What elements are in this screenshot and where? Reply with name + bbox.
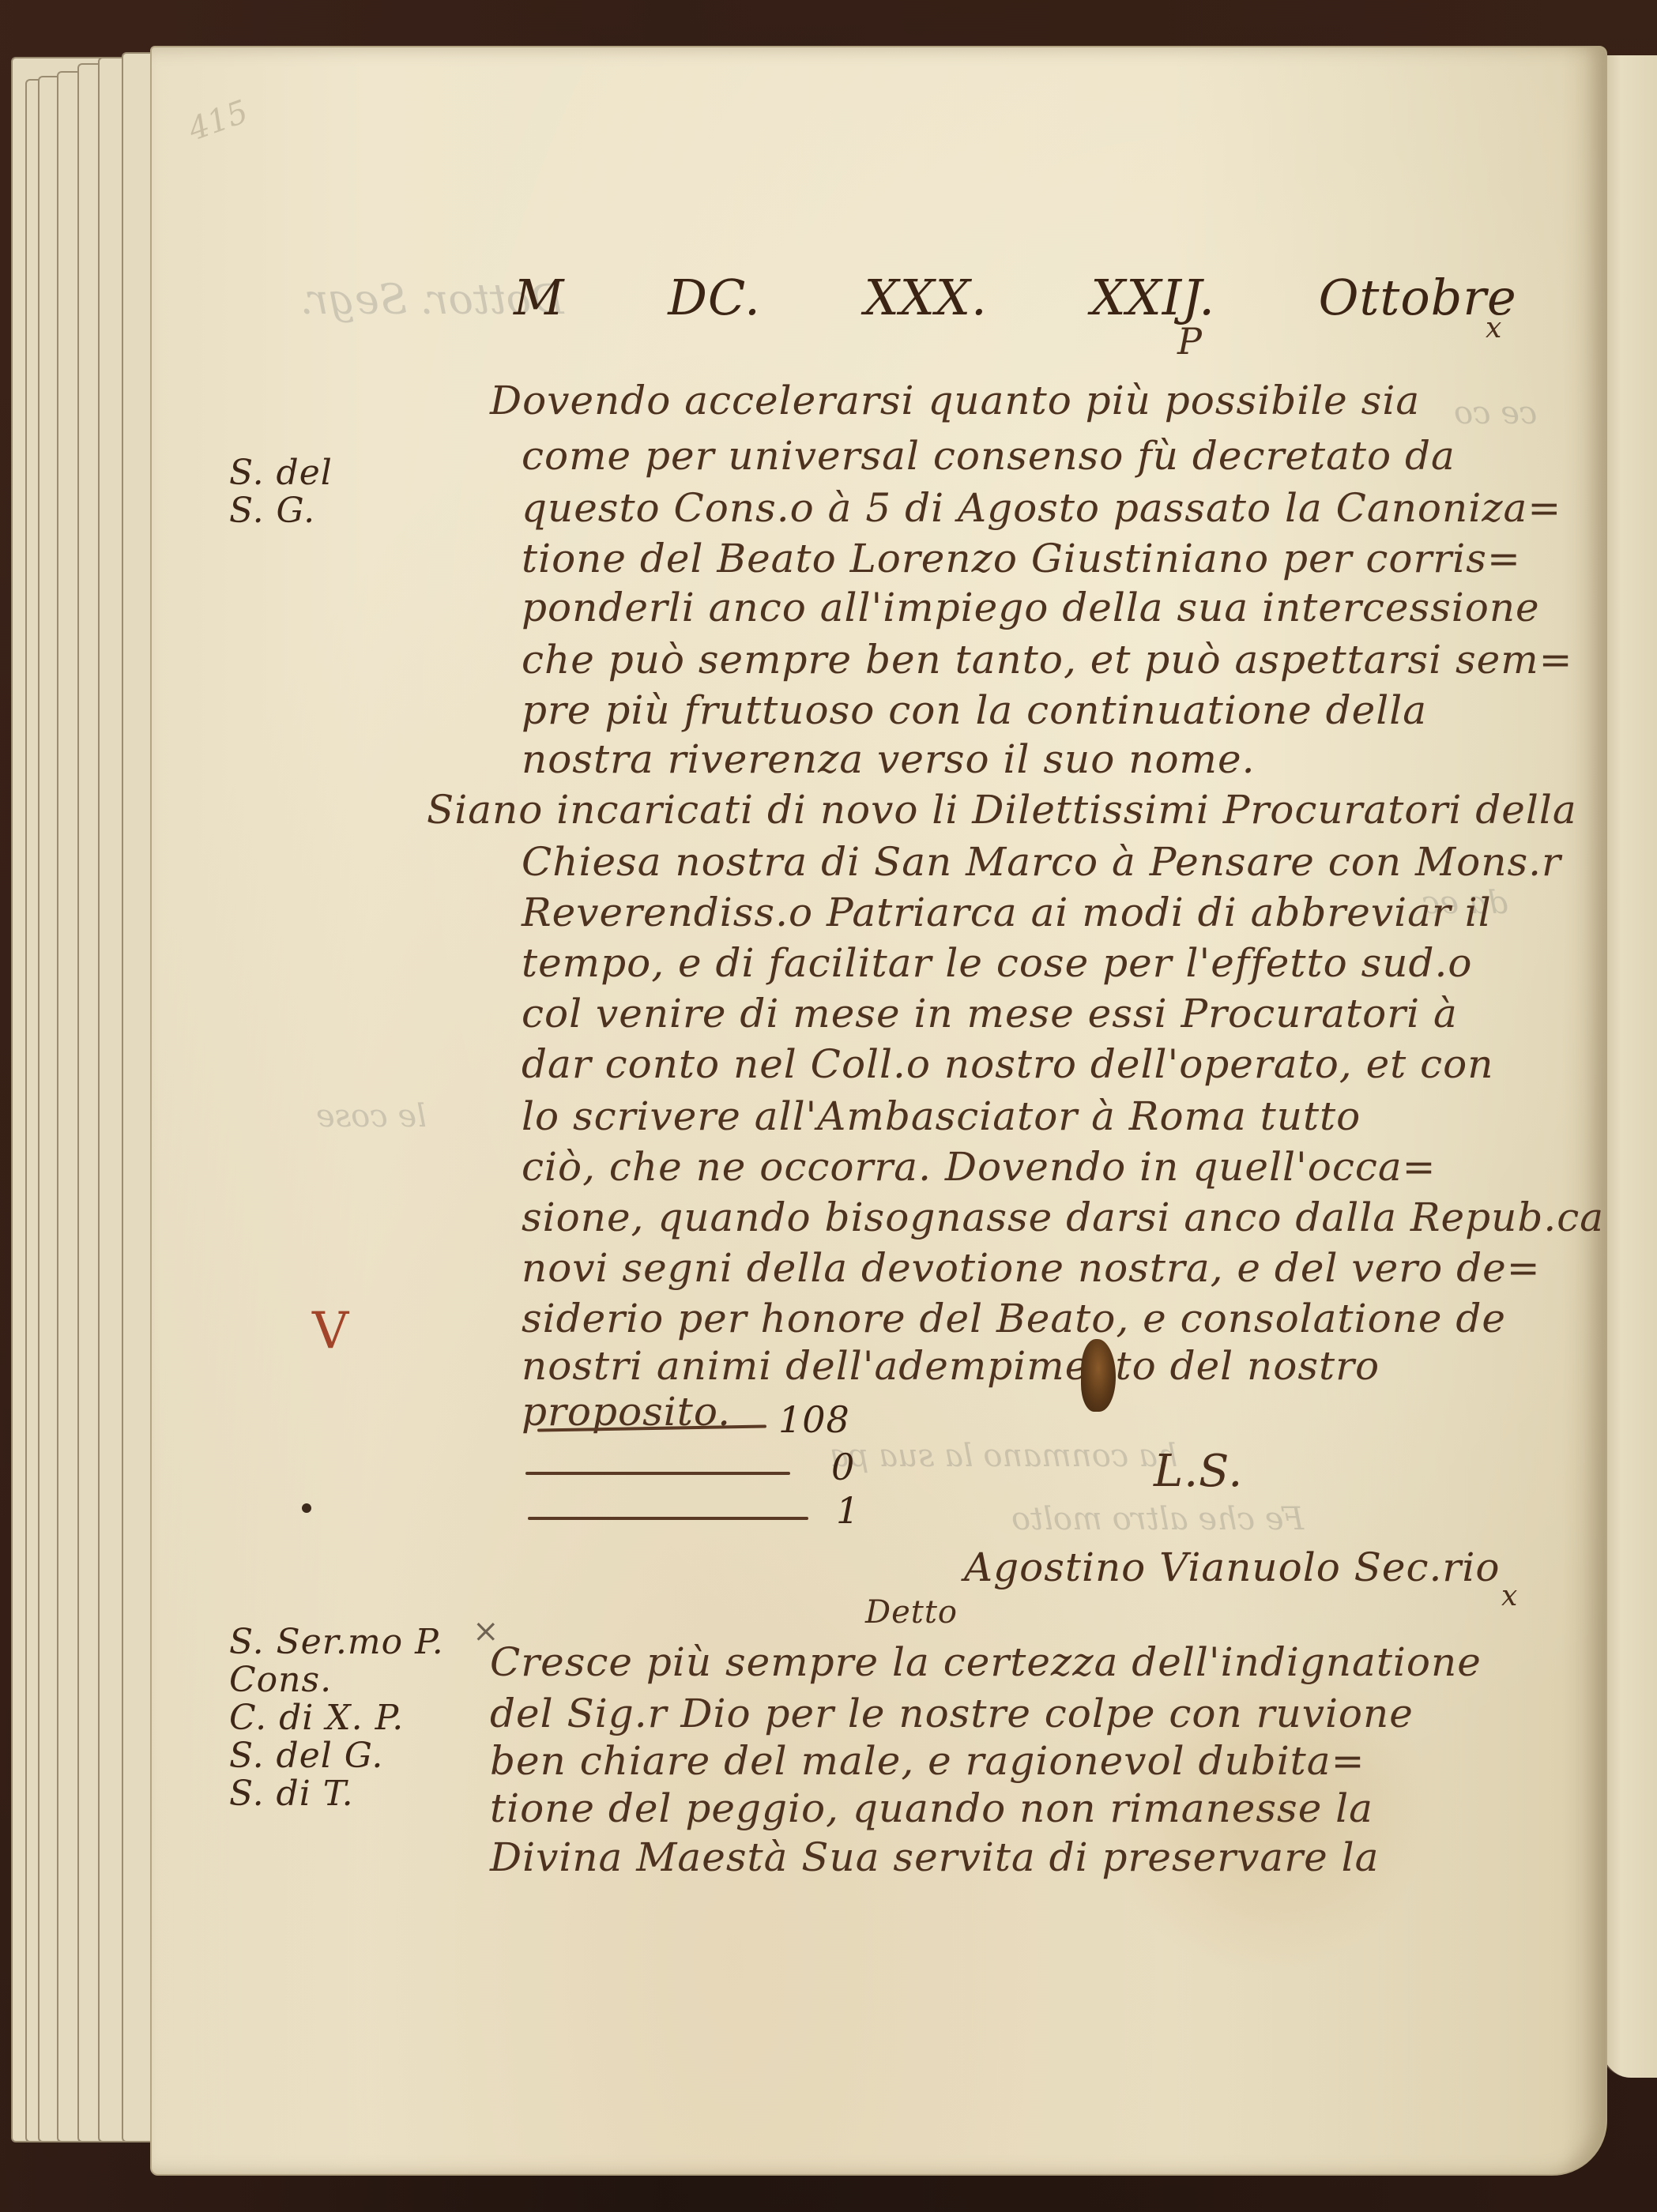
text-line: tione del Beato Lorenzo Giustiniano per … [522,536,1521,581]
tally-value-against: 0 [831,1446,855,1488]
margin-note-line: S. Ser.mo P. [229,1623,444,1661]
text-line: Reverendiss.o Patriarca ai modi di abbre… [522,890,1492,935]
text-line: lo scrivere all'Ambasciator à Roma tutto [522,1093,1361,1139]
tally-line-abstain [528,1517,808,1520]
secretary-signature: Agostino Vianuolo Sec.rio [964,1544,1500,1590]
text-line: Chiesa nostra di San Marco à Pensare con… [522,839,1561,885]
text-line: nostri animi dell'adempimento del nostro [522,1343,1380,1389]
date-heading: M DC. XXX. XXIJ. Ottobre [514,269,1517,326]
text-line: ben chiare del male, e ragionevol dubita… [490,1738,1365,1784]
text-line: tempo, e di facilitar le cose per l'effe… [522,940,1472,986]
text-line: sione, quando bisognasse darsi anco dall… [522,1194,1604,1240]
adjacent-page-edge [1599,55,1657,2078]
text-line: siderio per honore del Beato, e consolat… [522,1296,1506,1341]
ink-blot [1081,1339,1116,1412]
text-line: che può sempre ben tanto, et può aspetta… [522,637,1573,683]
tally-value-for: 108 [778,1398,850,1441]
text-line: Siano incaricati di novo li Dilettissimi… [427,787,1577,833]
margin-note-line: S. del [229,454,333,492]
margin-note-line: C. di X. P. [229,1699,444,1737]
margin-note-line: S. di T. [229,1775,444,1813]
margin-note-line: S. G. [229,492,333,530]
bleed-through-text: ce co [1454,395,1537,431]
margin-note-line: S. del G. [229,1737,444,1775]
text-line: ponderli anco all'impiego della sua inte… [522,585,1540,630]
seal-mark: L.S. [1154,1446,1243,1497]
margin-note-line: Cons. [229,1661,444,1699]
margin-note-second: S. Ser.mo P. Cons. C. di X. P. S. del G.… [229,1623,444,1813]
text-line: tione del peggio, quando non rimanesse l… [490,1785,1373,1831]
ink-spot [302,1503,311,1513]
heading-sub-mark: P [1177,320,1203,363]
heading-part: XXIJ. [1090,269,1215,326]
text-line: nostra riverenza verso il suo nome. [522,736,1255,782]
heading-part: DC. [668,269,761,326]
text-line: pre più fruttuoso con la continuatione d… [522,687,1427,733]
stacked-page-edges [11,57,161,2142]
tally-line-against [525,1472,790,1475]
right-margin-mark: x [1501,1580,1518,1612]
text-line: del Sig.r Dio per le nostre colpe con ru… [490,1691,1414,1736]
annotation-detto: Detto [865,1594,958,1631]
heading-part: M [514,269,564,326]
text-line: come per universal consenso fù decretato… [522,433,1456,479]
text-line: Cresce più sempre la certezza dell'indig… [490,1639,1482,1685]
bleed-through-text: le cose [316,1098,427,1134]
text-line: Divina Maestà Sua servita di preservare … [490,1834,1379,1880]
text-line: dar conto nel Coll.o nostro dell'operato… [522,1041,1493,1087]
text-line: questo Cons.o à 5 di Agosto passato la C… [522,485,1561,531]
bleed-through-text: ha conmano la sua pa [830,1438,1178,1474]
red-tick-mark: V [312,1302,349,1360]
text-line: Dovendo accelerarsi quanto più possibile… [490,378,1420,423]
tally-value-abstain: 1 [836,1489,860,1532]
bleed-through-text: Fe che altro molto [1011,1501,1304,1537]
heading-right-mark: x [1486,312,1502,344]
margin-note-first: S. del S. G. [229,454,333,530]
heading-part: XXX. [864,269,988,326]
text-line: col venire di mese in mese essi Procurat… [522,991,1458,1036]
text-line: novi segni della devotione nostra, e del… [522,1245,1541,1291]
text-line: ciò, che ne occorra. Dovendo in quell'oc… [522,1144,1437,1190]
